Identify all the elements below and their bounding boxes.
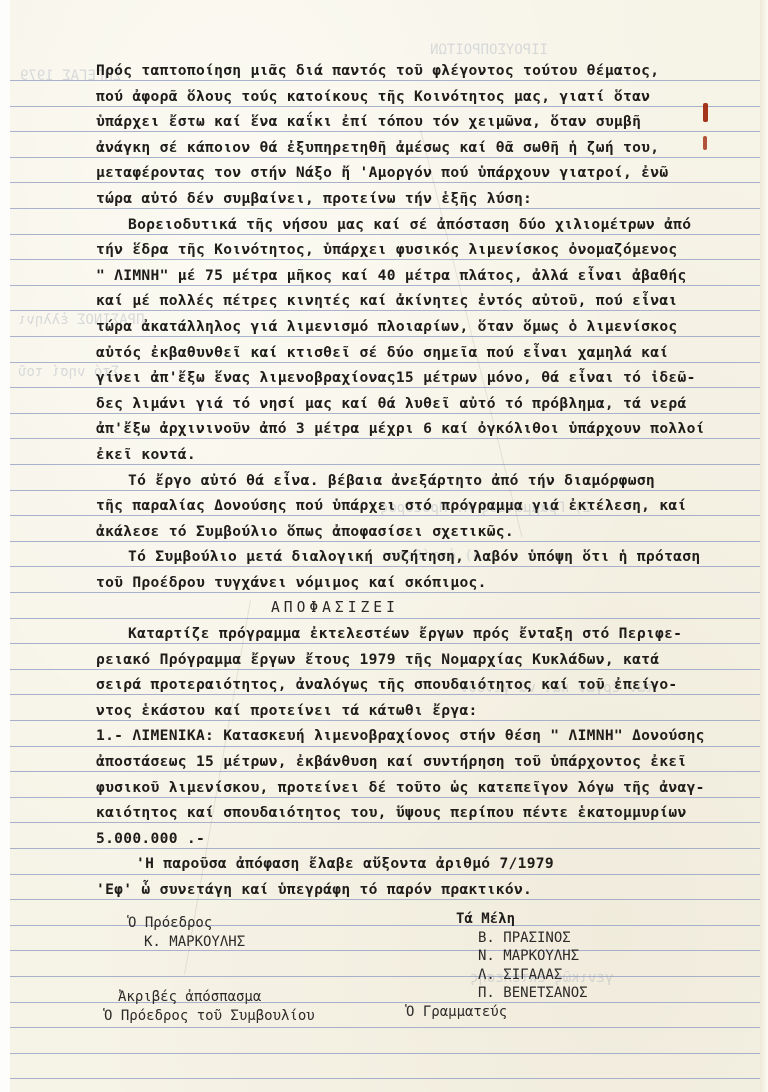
member-name: Β. ΠΡΑΣΙΝΟΣ	[456, 929, 588, 948]
text-line: Τό ἔργο αὐτό θά εἶνα. βέβαια ἀνεξάρτητο …	[96, 468, 736, 494]
paper-left-margin	[0, 0, 10, 1092]
ruled-line	[10, 1027, 760, 1028]
document-page: ΣΠΓΕΓΑΣ 1979 ΙΙΡΟΥΣΟΠΡΟΙΤΩΝ ΠΡΑΣΙΝΟΣ ἑλλ…	[0, 0, 768, 1092]
text-line: γίνει ἀπ'ἔξω ἕνας λιμενοβραχίονας15 μέτρ…	[96, 365, 736, 391]
text-line: ρειακό Πρόγραμμα ἔργων ἔτους 1979 τῆς Νο…	[96, 647, 736, 673]
text-line: Πρός ταπτοποίηση μιᾶς διά παντός τοῦ φλέ…	[96, 58, 736, 84]
decision-heading: ΑΠΟΦΑΣΙΖΕΙ	[96, 595, 736, 621]
document-body: Πρός ταπτοποίηση μιᾶς διά παντός τοῦ φλέ…	[96, 58, 736, 903]
text-line: Καταρτίζε πρόγραμμα ἐκτελεστέων ἔργων πρ…	[96, 621, 736, 647]
text-line: σειρά προτεραιότητος, ἀναλόγως τῆς σπουδ…	[96, 672, 736, 698]
text-line: πού ἀφορᾶ ὅλους τούς κατοίκους τῆς Κοινό…	[96, 84, 736, 110]
decision-paragraphs: Καταρτίζε πρόγραμμα ἐκτελεστέων ἔργων πρ…	[96, 621, 736, 851]
members-title: Τά Μέλη	[456, 910, 588, 929]
council-president-label: Ὁ Πρόεδρος τοῦ Συμβουλίου	[104, 1007, 315, 1026]
bleed-through-text: ΙΙΡΟΥΣΟΠΡΟΙΤΩΝ	[430, 42, 548, 58]
spacer	[104, 951, 315, 970]
text-line: ὑπάρχει ἔστω καί ἕνα καΐκι ἐπί τόπου τόν…	[96, 109, 736, 135]
closing-paragraphs: 'Η παροῦσα ἀπόφαση ἔλαβε αὔξοντα ἀριθμό …	[96, 851, 736, 902]
body-paragraphs: Πρός ταπτοποίηση μιᾶς διά παντός τοῦ φλέ…	[96, 58, 736, 595]
text-line: ντος ἑκάστου καί προτείνει τά κάτωθι ἔργ…	[96, 698, 736, 724]
secretary-label: Ὁ Γραμματεύς	[406, 1003, 588, 1022]
text-line: ἀνάγκη σέ κάποιον θά ἐξυπηρετηθῆ ἀμέσως …	[96, 135, 736, 161]
text-line: τήν ἕδρα τῆς Κοινότητος, ὑπάρχει φυσικός…	[96, 237, 736, 263]
members-signature-column: Τά Μέλη Β. ΠΡΑΣΙΝΟΣΝ. ΜΑΡΚΟΥΛΗΣΛ. ΣΙΓΑΛΑ…	[456, 914, 588, 1022]
text-line: ἀποστάσεως 15 μέτρων, ἐκβάνθυση καί συντ…	[96, 749, 736, 775]
text-line: Τό Συμβούλιο μετά διαλογική συζήτηση, λα…	[96, 544, 736, 570]
ruled-line	[10, 1078, 760, 1079]
text-line: καιότητος καί σπουδαιότητος του, ὕψους π…	[96, 800, 736, 826]
text-line: καί μέ πολλές πέτρες κινητές καί ἀκίνητε…	[96, 288, 736, 314]
text-line: τοῦ Προέδρου τυγχάνει νόμιμος καί σκόπιμ…	[96, 570, 736, 596]
text-line: ἀπ'ἔξω ἀρχινινοῦν ἀπό 3 μέτρα μέχρι 6 κα…	[96, 416, 736, 442]
text-line: " ΛΙΜΝΗ" μέ 75 μέτρα μῆκος καί 40 μέτρα …	[96, 263, 736, 289]
text-line: 'Εφ' ὧ συνετάγη καί ὑπεγράφη τό παρόν πρ…	[96, 877, 736, 903]
member-name: Λ. ΣΙΓΑΛΑΣ	[456, 966, 588, 985]
member-name: Π. ΒΕΝΕΤΣΑΝΟΣ	[456, 984, 588, 1003]
text-line: μεταφέροντας τον στήν Νάξο ἤ 'Αμοργόν πο…	[96, 160, 736, 186]
president-title: Ὁ Πρόεδρος	[104, 914, 315, 933]
paper-right-edge	[760, 0, 768, 1092]
text-line: ἐκεῖ κοντά.	[96, 442, 736, 468]
member-name: Ν. ΜΑΡΚΟΥΛΗΣ	[456, 947, 588, 966]
text-line: ἀκάλεσε τό Συμβούλιο ὅπως ἀποφασίσει σχε…	[96, 519, 736, 545]
text-line: Βορειοδυτικά τῆς νήσου μας καί σέ ἀπόστα…	[96, 212, 736, 238]
certified-copy-label: Ἀκριβές ἀπόσπασμα	[104, 988, 315, 1007]
president-signature-column: Ὁ Πρόεδρος Κ. ΜΑΡΚΟΥΛΗΣ Ἀκριβές ἀπόσπασμ…	[104, 914, 315, 1026]
text-line: τώρα ἀκατάλληλος γιά λιμενισμό πλοιαρίων…	[96, 314, 736, 340]
text-line: 5.000.000 .-	[96, 826, 736, 852]
text-line: δες λιμάνι γιά τό νησί μας καί θά λυθεῖ …	[96, 391, 736, 417]
president-name: Κ. ΜΑΡΚΟΥΛΗΣ	[104, 933, 315, 952]
text-line: τώρα αὐτό δέν συμβαίνει, προτείνω τήν ἑξ…	[96, 186, 736, 212]
spacer	[104, 970, 315, 989]
text-line: 'Η παροῦσα ἀπόφαση ἔλαβε αὔξοντα ἀριθμό …	[96, 851, 736, 877]
text-line: φυσικοῦ λιμενίσκου, προτείνει δέ τοῦτο ὡ…	[96, 775, 736, 801]
text-line: αὐτός ἐκβαθυνθεῖ καί κτισθεῖ σέ δύο σημε…	[96, 340, 736, 366]
members-list: Β. ΠΡΑΣΙΝΟΣΝ. ΜΑΡΚΟΥΛΗΣΛ. ΣΙΓΑΛΑΣΠ. ΒΕΝΕ…	[456, 929, 588, 1003]
ruled-line	[10, 1053, 760, 1054]
text-line: τῆς παραλίας Δονούσης πού ὑπάρχει στό πρ…	[96, 493, 736, 519]
text-line: 1.- ΛΙΜΕΝΙΚΑ: Κατασκευή λιμενοβραχίονος …	[96, 723, 736, 749]
